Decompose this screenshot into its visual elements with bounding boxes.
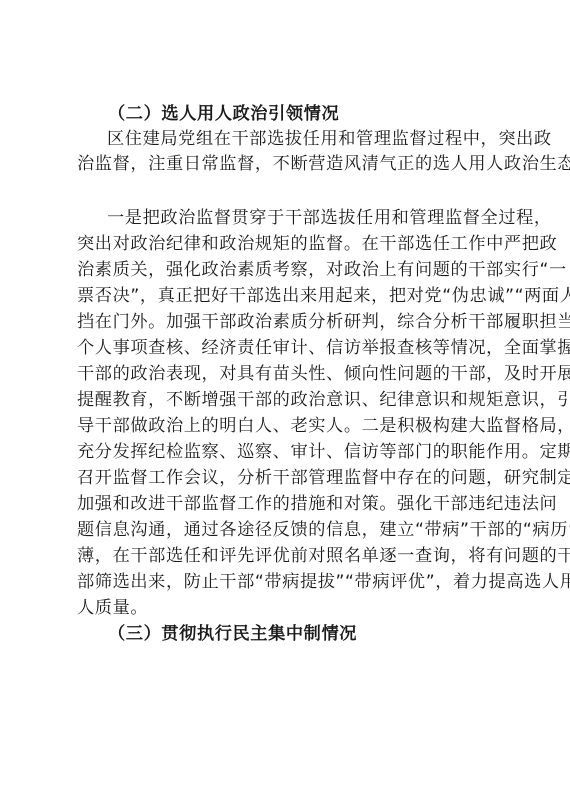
- intro-line: 治监督，注重日常监督，不断营造风清气正的选人用人政治生态。: [77, 153, 537, 175]
- body-line: 突出对政治纪律和政治规矩的监督。在干部选任工作中严把政: [77, 233, 537, 255]
- body-line: 提醒教育，不断增强干部的政治意识、纪律意识和规矩意识，引: [77, 389, 537, 411]
- body-line: 加强和改进干部监督工作的措施和对策。强化干部违纪违法问: [77, 493, 537, 515]
- body-line: 干部的政治表现，对具有苗头性、倾向性问题的干部，及时开展: [77, 363, 537, 385]
- body-line: 票否决”，真正把好干部选出来用起来，把对党“伪忠诚”“两面人”: [77, 285, 537, 307]
- intro-line: 区住建局党组在干部选拔任用和管理监督过程中，突出政: [107, 128, 567, 150]
- body-line: 挡在门外。加强干部政治素质分析研判，综合分析干部履职担当、: [77, 311, 537, 333]
- body-line: 治素质关，强化政治素质考察，对政治上有问题的干部实行“一: [77, 259, 537, 281]
- body-line: 题信息沟通，通过各途径反馈的信息，建立“带病”干部的“病历”: [77, 519, 537, 541]
- body-line: 个人事项查核、经济责任审计、信访举报查核等情况，全面掌握: [77, 337, 537, 359]
- body-line: 部筛选出来，防止干部“带病提拔”“带病评优”，着力提高选人用: [77, 571, 537, 593]
- body-line: 人质量。: [77, 597, 537, 619]
- section-heading-2: （二）选人用人政治引领情况: [108, 103, 568, 125]
- body-line: 一是把政治监督贯穿于干部选拔任用和管理监督全过程，: [107, 207, 567, 229]
- body-line: 薄，在干部选任和评先评优前对照名单逐一查询，将有问题的干: [77, 545, 537, 567]
- body-line: 导干部做政治上的明白人、老实人。二是积极构建大监督格局，: [77, 415, 537, 437]
- body-line: 召开监督工作会议，分析干部管理监督中存在的问题，研究制定: [77, 467, 537, 489]
- body-line: 充分发挥纪检监察、巡察、审计、信访等部门的职能作用。定期: [77, 441, 537, 463]
- section-heading-3: （三）贯彻执行民主集中制情况: [108, 623, 568, 645]
